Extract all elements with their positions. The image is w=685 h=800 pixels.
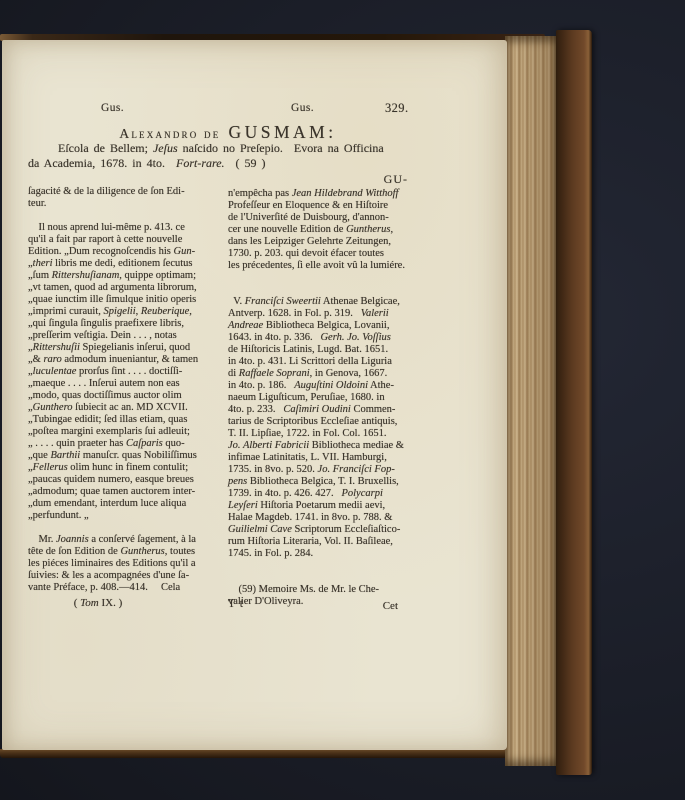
text-line: „imprimi curauit, Spigelii, Reuberique, [28, 306, 223, 318]
text-line: „Gunthero ſubiecit ac an. MD XCVII. [28, 402, 223, 414]
text-line: „maeque . . . . Inſerui autem non eas [28, 378, 223, 390]
text-line: „admodum; quae tamen auctorem inter- [28, 486, 223, 498]
text-line: n'empêcha pas Jean Hildebrand Witthoff [228, 188, 423, 200]
text-line: naeum Liguſticum, Peruſiae, 1680. in [228, 392, 423, 404]
book-bottom-edge [0, 749, 556, 758]
scan-background: Gus. Gus. 329. Alexandro de GUSMAM: Eſco… [0, 0, 685, 800]
text-line: „que Barthii manuſcr. quas Nobiliſſimus [28, 450, 223, 462]
text-line: 1643. in 4to. p. 336. Gerh. Jo. Voſſius [228, 332, 423, 344]
fore-edge [505, 36, 557, 766]
text-line: in 4to. p. 186. Auguſtini Oldoini Athe- [228, 380, 423, 392]
entry-heading: Eſcola de Bellem; Jeſus naſcido no Preſe… [28, 141, 432, 170]
entry-title: Alexandro de GUSMAM: [28, 122, 428, 143]
text-line: Antverp. 1628. in Fol. p. 319. Valerii [228, 308, 423, 320]
text-line: (59) Memoire Ms. de Mr. le Che- [228, 584, 423, 596]
text-line: da Academia, 1678. in 4to. Fort-rare. ( … [28, 156, 432, 171]
text-line: cer une nouvelle Edition de Guntherus, [228, 224, 423, 236]
text-line: „Rittershuſii Spiegelianis inſerui, quod [28, 342, 223, 354]
book-page: Gus. Gus. 329. Alexandro de GUSMAM: Eſco… [2, 40, 507, 750]
text-line: ſuivies: & les a acompagnées d'une ſa- [28, 570, 223, 582]
text-line: tarius de Scriptoribus Eccleſiae antiqui… [228, 416, 423, 428]
text-line: ſagacité & de la diligence de ſon Edi- [28, 186, 223, 198]
text-line: 1730. p. 203. qui devoit éfacer toutes [228, 248, 423, 260]
text-line: di Raffaele Soprani, in Genova, 1667. [228, 368, 423, 380]
text-column-right: n'empêcha pas Jean Hildebrand WitthoffPr… [228, 188, 423, 608]
text-line: rum Hiſtoria Literaria, Vol. II. Baſilea… [228, 536, 423, 548]
text-line: „preſſerim veſtigia. Dein . . . , notas [28, 330, 223, 342]
text-line: „ . . . . quin praeter has Caſparis quo- [28, 438, 223, 450]
catchword-bottom: Cet [338, 600, 398, 612]
text-line: „Tubingae edidit; ſed illas etiam, quas [28, 414, 223, 426]
text-line: pens Bibliotheca Belgica, T. I. Bruxelli… [228, 476, 423, 488]
text-line: „qui ſingula ſingulis praefixere libris, [28, 318, 223, 330]
text-line: infimae Latinitatis, L. VII. Hamburgi, [228, 452, 423, 464]
text-line: 1739. in 4to. p. 426. 427. Polycarpi [228, 488, 423, 500]
text-line: „dum emendant, interdum luce aliqua [28, 498, 223, 510]
text-line: „theri libris me dedi, editionem ſecutus [28, 258, 223, 270]
text-line: Jo. Alberti Fabricii Bibliotheca mediae … [228, 440, 423, 452]
text-line: les piéces liminaires des Editions qu'il… [28, 558, 223, 570]
text-line: „modo, quas doctiſſimus auctor olim [28, 390, 223, 402]
catchword-top: GU- [308, 172, 408, 187]
text-line: „quae iunctim ille ſimulque initio operi… [28, 294, 223, 306]
text-line: „& raro admodum inueniantur, & tamen [28, 354, 223, 366]
text-line: „vt tamen, quod ad argumenta librorum, [28, 282, 223, 294]
text-line: 4to. p. 233. Caſimiri Oudini Commen- [228, 404, 423, 416]
text-line: „poſtea margini exemplaris ſui adleuit; [28, 426, 223, 438]
text-line: V. Franciſci Sweertii Athenae Belgicae, [228, 296, 423, 308]
text-line: les précedentes, ſi elle avoit vû la lum… [228, 260, 423, 272]
text-line: qu'il a fait par raport à cette nouvelle [28, 234, 223, 246]
text-line: teur. [28, 198, 223, 210]
text-line: 1735. in 8vo. p. 520. Jo. Franciſci Fop- [228, 464, 423, 476]
running-header-center: Gus. [291, 102, 314, 114]
text-line: „Fellerus olim hunc in finem contulit; [28, 462, 223, 474]
page-number: 329. [385, 101, 408, 116]
text-line: vante Préface, p. 408.—414. Cela [28, 582, 223, 594]
text-line: 1745. in Fol. p. 284. [228, 548, 423, 560]
text-line: Il nous aprend lui-même p. 413. ce [28, 222, 223, 234]
text-line: Edition. „Dum recognoſcendis his Gun- [28, 246, 223, 258]
text-line: Profeſſeur en Eloquence & en Hiſtoire [228, 200, 423, 212]
text-line: in 4to. p. 431. Li Scrittori della Ligur… [228, 356, 423, 368]
text-line: „perfundunt. „ [28, 510, 223, 522]
title-prefix: Alexandro de [119, 126, 220, 141]
text-line: Guilielmi Cave Scriptorum Eccleſiaſtico- [228, 524, 423, 536]
text-line: dans les Leipziger Gelehrte Zeitungen, [228, 236, 423, 248]
text-line: „ſum Rittershuſianam, quippe optimam; [28, 270, 223, 282]
text-line: T. II. Lipſiae, 1722. in Fol. Col. 1651. [228, 428, 423, 440]
text-line [28, 210, 223, 222]
text-line: de Hiſtoricis Latinis, Lugd. Bat. 1651. [228, 344, 423, 356]
text-line: de l'Univerſité de Duisbourg, d'annon- [228, 212, 423, 224]
text-line: Leyſeri Hiſtoria Poetarum medii aevi, [228, 500, 423, 512]
text-line: Andreae Bibliotheca Belgica, Lovanii, [228, 320, 423, 332]
title-surname: GUSMAM: [228, 122, 336, 142]
text-line [228, 284, 423, 296]
text-line [228, 272, 423, 284]
text-line [228, 560, 423, 572]
text-line: Halae Magdeb. 1741. in 8vo. p. 788. & [228, 512, 423, 524]
printer-signature: T t [228, 598, 244, 610]
running-header-left: Gus. [101, 102, 124, 114]
text-line: tête de ſon Edition de Guntherus, toutes [28, 546, 223, 558]
text-line: Eſcola de Bellem; Jeſus naſcido no Preſe… [28, 141, 432, 156]
text-line: „paucas quidem numero, easque breues [28, 474, 223, 486]
cover-edge [556, 30, 592, 775]
text-line [28, 522, 223, 534]
text-line [228, 572, 423, 584]
text-column-left: ſagacité & de la diligence de ſon Edi-te… [28, 186, 223, 594]
text-line: „luculentae prorſus ſint . . . . doctiſſ… [28, 366, 223, 378]
volume-signature: ( Tom IX. ) [28, 597, 168, 609]
text-line: Mr. Joannis a conſervé ſagement, à la [28, 534, 223, 546]
